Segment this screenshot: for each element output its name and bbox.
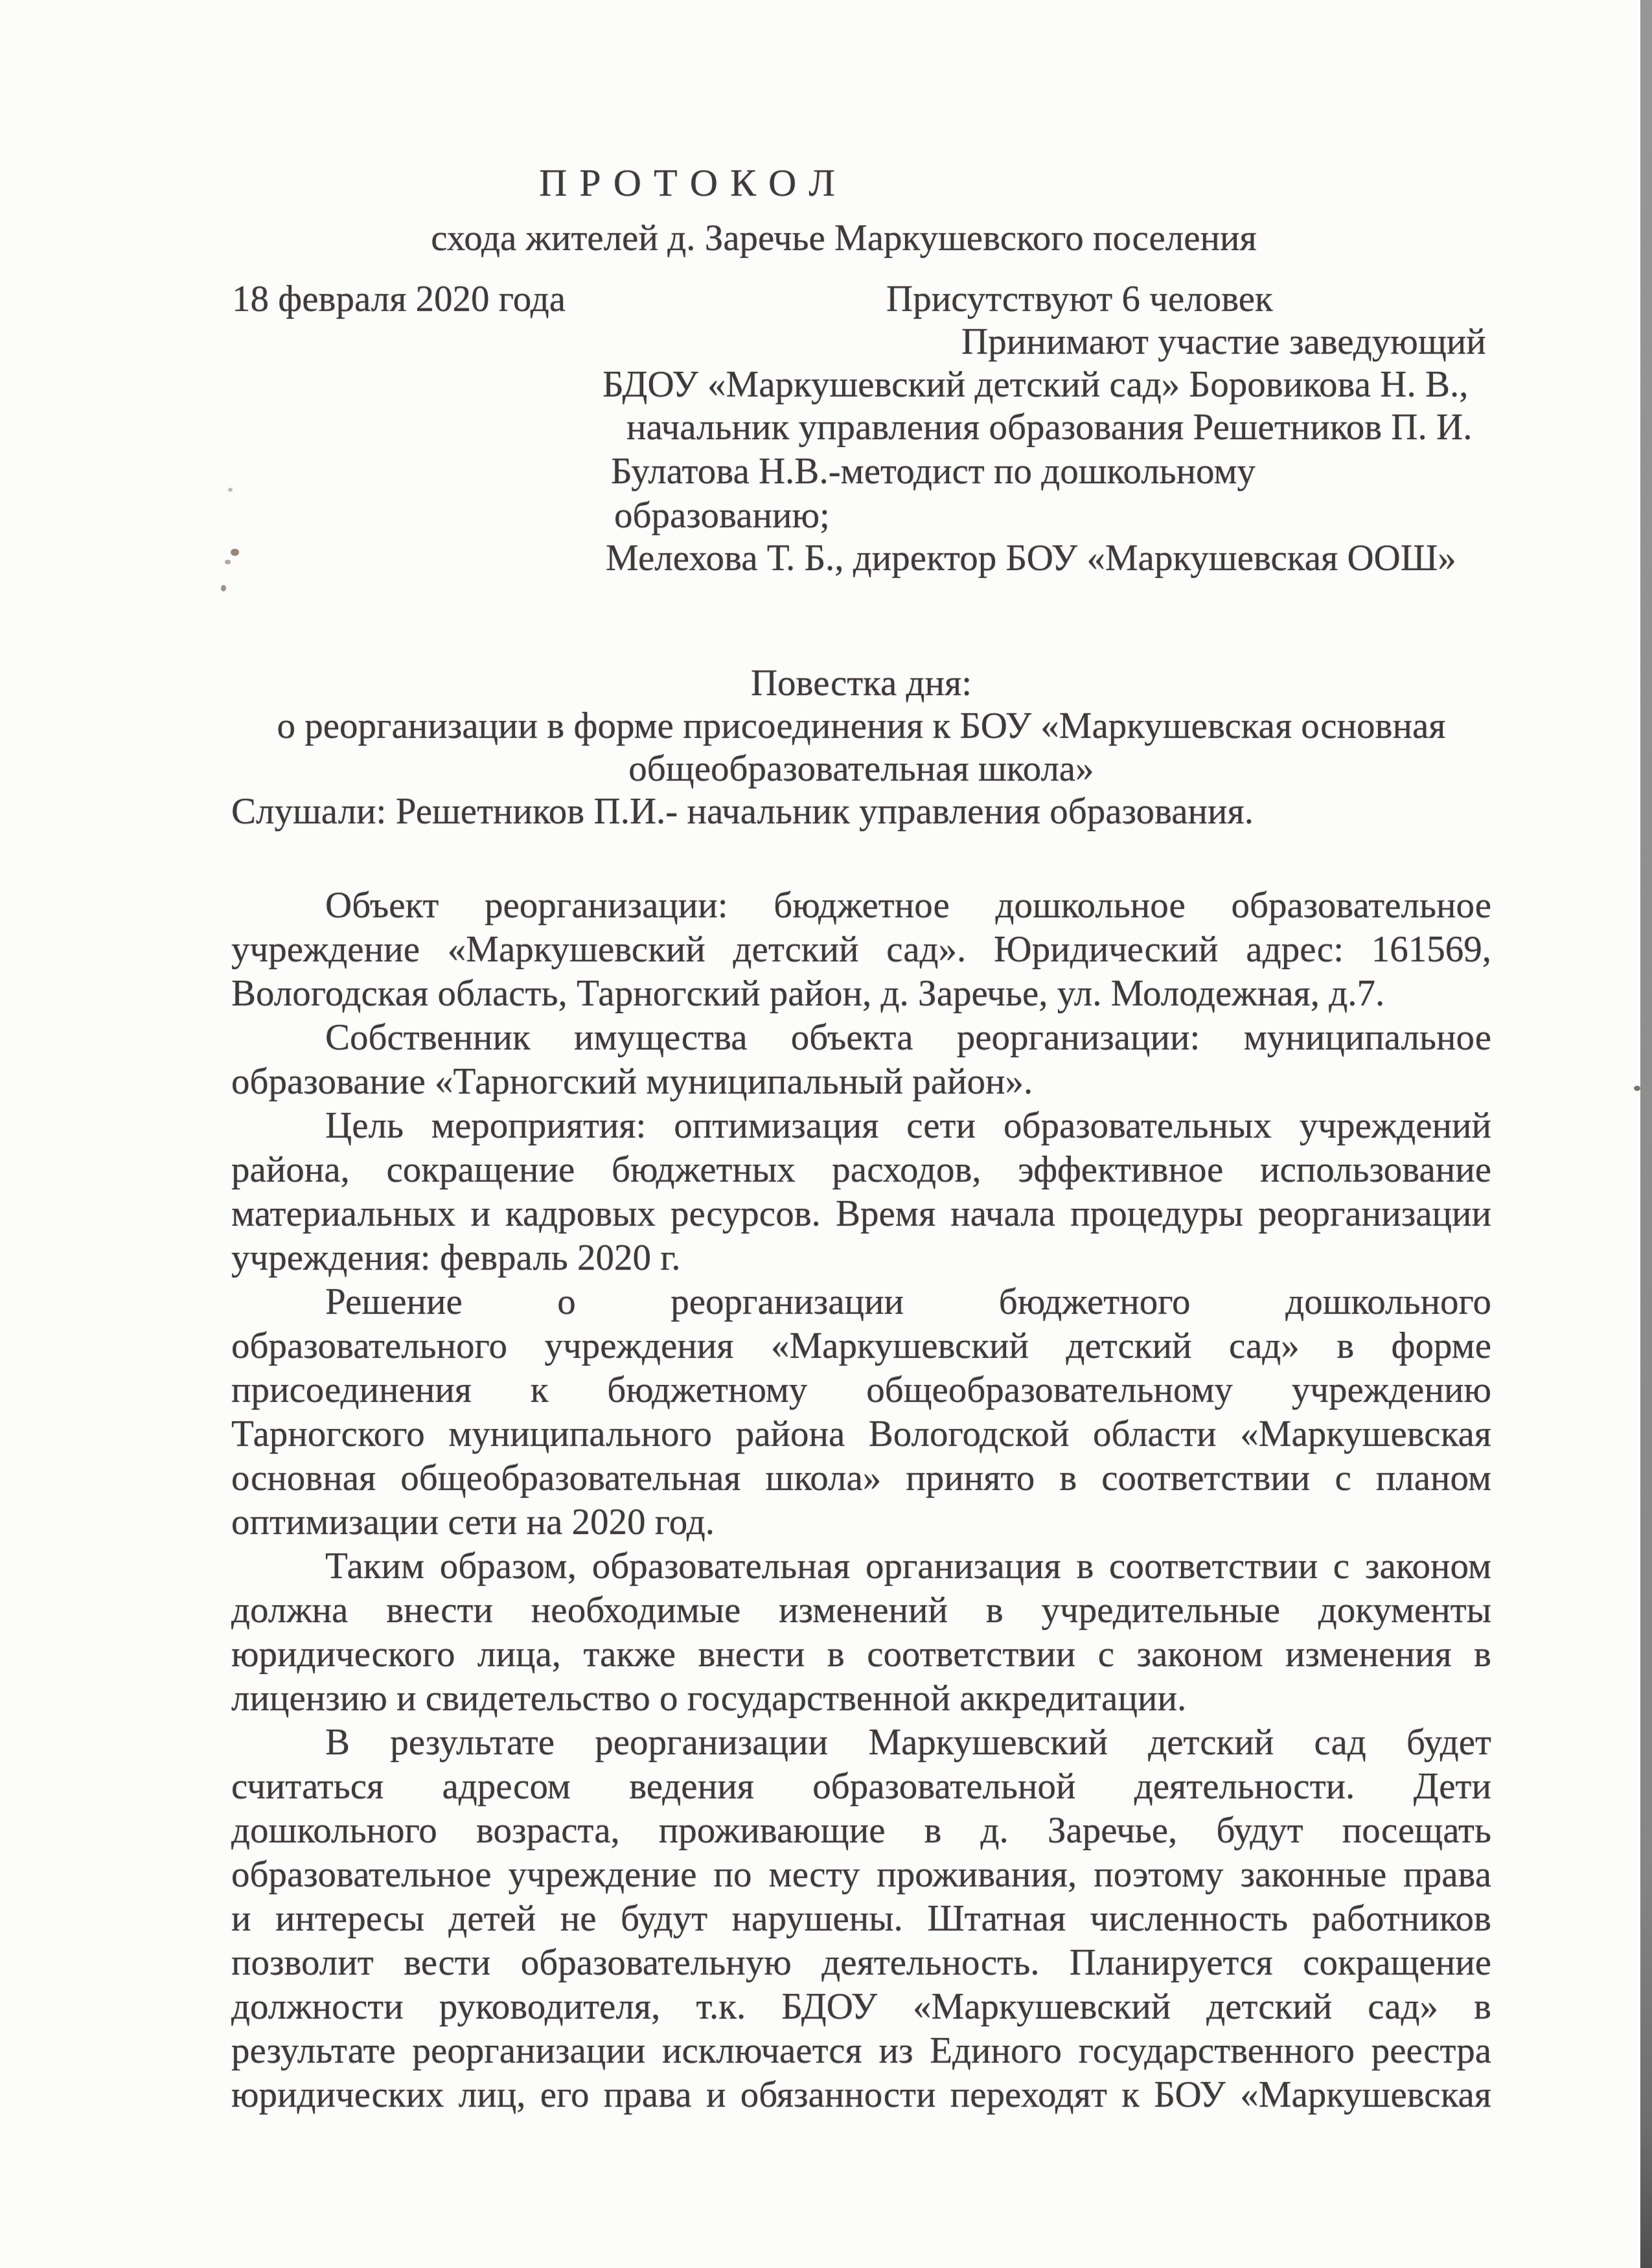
document-page: П Р О Т О К О Л схода жителей д. Заречье… (0, 0, 1652, 2268)
agenda-listened: Слушали: Решетников П.И.- начальник упра… (231, 790, 1491, 833)
scan-speck (228, 488, 233, 492)
body-p1-line-2: учреждение «Маркушевский детский сад». Ю… (231, 928, 1491, 972)
participant-line-6: Мелехова Т. Б., директор БОУ «Маркушевск… (606, 536, 1456, 580)
participant-line-4: Булатова Н.В.-методист по дошкольному (611, 450, 1256, 494)
body-p4-line-6: оптимизации сети на 2020 год. (231, 1500, 1491, 1544)
body-p5-line-4: лицензию и свидетельство о государственн… (231, 1677, 1491, 1721)
body-p6-line-5: и интересы детей не будут нарушены. Штат… (231, 1897, 1491, 1941)
body-p5-line-2: должна внести необходимые изменений в уч… (231, 1588, 1491, 1632)
doc-date: 18 февраля 2020 года (232, 277, 566, 321)
body-p5-line-3: юридического лица, также внести в соотве… (231, 1632, 1491, 1677)
participant-line-2: БДОУ «Маркушевский детский сад» Боровико… (602, 363, 1468, 407)
agenda-item-line-2: общеобразовательная школа» (231, 748, 1491, 790)
body-p6-line-2: считаться адресом ведения образовательно… (231, 1765, 1491, 1809)
body-p4-line-1: Решение о реорганизации бюджетного дошко… (231, 1280, 1491, 1324)
body-p6-line-4: образовательное учреждение по месту прож… (231, 1853, 1491, 1897)
agenda-heading: Повестка дня: (231, 662, 1491, 705)
body-p3-line-2: района, сокращение бюджетных расходов, э… (231, 1148, 1491, 1192)
participant-line-1: Принимают участие заведующий (961, 320, 1486, 364)
body-p3-line-4: учреждения: февраль 2020 г. (231, 1236, 1491, 1280)
body-p4-line-3: присоединения к бюджетному общеобразоват… (231, 1368, 1491, 1412)
scan-speck (231, 549, 239, 556)
body-p1-line-1: Объект реорганизации: бюджетное дошкольн… (231, 884, 1491, 928)
body-p6-line-1: В результате реорганизации Маркушевский … (231, 1721, 1491, 1765)
body-p6-line-9: юридических лиц, его права и обязанности… (231, 2073, 1491, 2117)
body-p6-line-7: должности руководителя, т.к. БДОУ «Марку… (231, 1985, 1491, 2029)
body-p6-line-3: дошкольного возраста, проживающие в д. З… (231, 1809, 1491, 1853)
doc-title: П Р О Т О К О Л (539, 161, 836, 205)
body-p2-line-2: образование «Тарногский муниципальный ра… (231, 1060, 1491, 1104)
agenda-item-line-1: о реорганизации в форме присоединения к … (231, 705, 1491, 748)
body-p3-line-1: Цель мероприятия: оптимизация сети образ… (231, 1104, 1491, 1148)
body-p6-line-8: результате реорганизации исключается из … (231, 2029, 1491, 2073)
body-p1-line-3: Вологодская область, Тарногский район, д… (231, 972, 1491, 1016)
agenda-section: Повестка дня: о реорганизации в форме пр… (231, 662, 1491, 833)
body-p4-line-4: Тарногского муниципального района Волого… (231, 1412, 1491, 1456)
scan-speck (225, 560, 231, 564)
body-p2-line-1: Собственник имущества объекта реорганиза… (231, 1016, 1491, 1060)
body-text: Объект реорганизации: бюджетное дошкольн… (231, 884, 1491, 2117)
scan-speck (221, 585, 226, 591)
participant-line-5: образованию; (614, 494, 830, 538)
scanner-edge-strip (1640, 0, 1652, 2268)
body-p5-line-1: Таким образом, образовательная организац… (231, 1544, 1491, 1588)
attendance-present: Присутствуют 6 человек (886, 277, 1273, 321)
participant-line-3: начальник управления образования Решетни… (626, 406, 1472, 450)
doc-subtitle: схода жителей д. Заречье Маркушевского п… (246, 216, 1441, 260)
body-p6-line-6: позволит вести образовательную деятельно… (231, 1941, 1491, 1985)
scan-speck (1634, 1086, 1640, 1091)
body-p3-line-3: материальных и кадровых ресурсов. Время … (231, 1192, 1491, 1236)
body-p4-line-5: основная общеобразовательная школа» прин… (231, 1456, 1491, 1500)
body-p4-line-2: образовательного учреждения «Маркушевски… (231, 1324, 1491, 1368)
